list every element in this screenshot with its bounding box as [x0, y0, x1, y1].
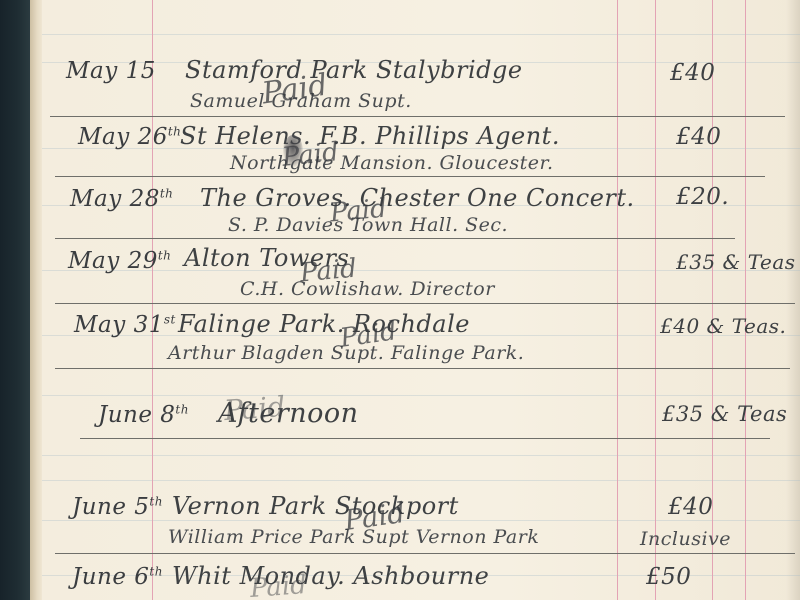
entry-date: May 28th	[70, 186, 173, 212]
entry-date: May 29th	[68, 248, 171, 274]
entry-venue: Falinge Park. Rochdale	[178, 310, 470, 338]
faint-rule	[42, 34, 800, 35]
page-edge-shadow	[786, 0, 800, 600]
page-gutter	[30, 0, 42, 600]
entry-fee: £35 & Teas	[676, 250, 796, 274]
entry-date: May 31st	[74, 312, 176, 338]
column-rule	[617, 0, 618, 600]
entry-date: May 26th	[78, 124, 181, 150]
column-rule	[655, 0, 656, 600]
entry-separator	[55, 303, 795, 304]
entry-fee: £35 & Teas	[662, 402, 787, 426]
faint-rule	[42, 520, 800, 521]
entry-date: May 15	[66, 58, 156, 84]
faint-rule	[42, 455, 800, 456]
entry-fee: £20.	[676, 184, 729, 210]
entry-separator	[55, 553, 795, 554]
entry-fee: £50	[646, 564, 691, 590]
entry-venue: The Groves. Chester One Concert.	[200, 184, 635, 212]
entry-fee: £40	[668, 494, 713, 520]
faint-rule	[42, 395, 800, 396]
paid-annotation: Paid	[223, 390, 286, 427]
entry-separator	[55, 238, 735, 239]
entry-venue: Whit Monday. Ashbourne	[172, 562, 489, 590]
ink-blot	[283, 135, 303, 167]
entry-separator	[80, 438, 770, 439]
entry-venue: Vernon Park Stockport	[172, 492, 459, 520]
entry-date: June 5th	[72, 494, 163, 520]
entry-fee: £40	[670, 60, 715, 86]
faint-rule	[42, 480, 800, 481]
entry-date: June 8th	[98, 402, 189, 428]
entry-separator	[50, 116, 785, 117]
column-rule	[745, 0, 746, 600]
entry-fee-note: Inclusive	[640, 528, 731, 550]
entry-contact: Northgate Mansion. Gloucester.	[230, 152, 554, 174]
paid-annotation: Paid	[329, 194, 388, 229]
paid-annotation: Paid	[249, 570, 308, 600]
entry-fee: £40 & Teas.	[660, 314, 786, 338]
entry-separator	[55, 176, 765, 177]
entry-date: June 6th	[72, 564, 163, 590]
entry-venue: Stamford Park Stalybridge	[185, 56, 523, 84]
entry-venue: St Helens. F.B. Phillips Agent.	[180, 122, 560, 150]
entry-separator	[55, 368, 790, 369]
book-binding	[0, 0, 30, 600]
entry-contact: C.H. Cowlishaw. Director	[240, 278, 495, 300]
paid-annotation: Paid	[299, 254, 358, 289]
entry-fee: £40	[676, 124, 721, 150]
